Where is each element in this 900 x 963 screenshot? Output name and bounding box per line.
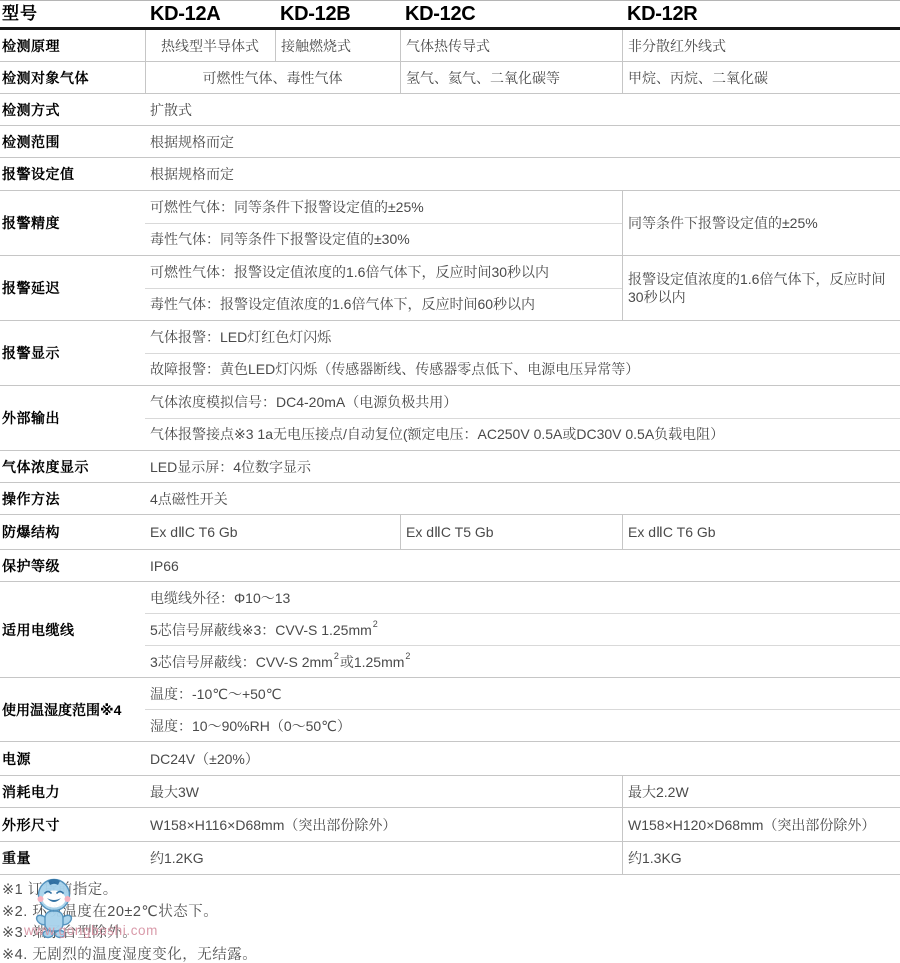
row-concentration-display: 气体浓度显示 LED显示屏：4位数字显示 bbox=[0, 450, 900, 482]
row-external-output: 外部输出 气体浓度模拟信号：DC4-20mA（电源负极共用） 气体报警接点※3 … bbox=[0, 385, 900, 450]
row-label: 报警显示 bbox=[0, 321, 145, 385]
watermark-url: www.gongboshi.com bbox=[24, 923, 158, 938]
cell-principle-kd12b: 接触燃烧式 bbox=[275, 30, 400, 61]
cell-accuracy-kd12r: 同等条件下报警设定值的±25% bbox=[622, 191, 900, 255]
cell-delay-toxic: 毒性气体：报警设定值浓度的1.6倍气体下，反应时间60秒以内 bbox=[145, 288, 622, 321]
cell-dimensions-kd12r: W158×H120×D68mm（突出部份除外） bbox=[622, 808, 900, 841]
cell-output-analog: 气体浓度模拟信号：DC4-20mA（电源负极共用） bbox=[145, 386, 900, 418]
row-alarm-delay: 报警延迟 可燃性气体：报警设定值浓度的1.6倍气体下，反应时间30秒以内 毒性气… bbox=[0, 255, 900, 320]
cell-alarm-display-fault: 故障报警：黄色LED灯闪烁（传感器断线、传感器零点低下、电源电压异常等） bbox=[145, 353, 900, 386]
row-protection-class: 保护等级 IP66 bbox=[0, 549, 900, 581]
spec-table: 型号 KD-12A KD-12B KD-12C KD-12R 检测原理 热线型半… bbox=[0, 0, 900, 875]
row-operation-method: 操作方法 4点磁性开关 bbox=[0, 482, 900, 514]
superscript: 2 bbox=[405, 647, 410, 665]
row-detection-principle: 检测原理 热线型半导体式 接触燃烧式 气体热传导式 非分散红外线式 bbox=[0, 30, 900, 61]
row-label: 操作方法 bbox=[0, 483, 145, 514]
row-detection-range: 检测范围 根据规格而定 bbox=[0, 125, 900, 157]
row-label: 报警设定值 bbox=[0, 158, 145, 190]
header-model-kd12c: KD-12C bbox=[400, 1, 622, 27]
cell-external-output: 气体浓度模拟信号：DC4-20mA（电源负极共用） 气体报警接点※3 1a无电压… bbox=[145, 386, 900, 450]
cell-temperature: 温度：-10℃～+50℃ bbox=[145, 678, 900, 709]
row-label: 气体浓度显示 bbox=[0, 451, 145, 482]
cell-consumption-kd12r: 最大2.2W bbox=[622, 776, 900, 807]
header-model-label: 型号 bbox=[0, 1, 145, 27]
superscript: 2 bbox=[373, 615, 378, 633]
cell-explosion-kd12ab: Ex dⅡC T6 Gb bbox=[145, 515, 400, 549]
header-model-kd12a: KD-12A bbox=[145, 1, 275, 27]
header-model-kd12r: KD-12R bbox=[622, 1, 900, 27]
row-label: 防爆结构 bbox=[0, 515, 145, 549]
cell-weight-abc: 约1.2KG bbox=[145, 842, 622, 874]
row-dimensions: 外形尺寸 W158×H116×D68mm（突出部份除外） W158×H120×D… bbox=[0, 807, 900, 841]
superscript: 2 bbox=[334, 647, 339, 665]
row-label: 消耗电力 bbox=[0, 776, 145, 807]
row-label: 外部输出 bbox=[0, 386, 145, 450]
cell-operation-method: 4点磁性开关 bbox=[145, 483, 900, 514]
row-label: 外形尺寸 bbox=[0, 808, 145, 841]
cell-delay-abc: 可燃性气体：报警设定值浓度的1.6倍气体下，反应时间30秒以内 毒性气体：报警设… bbox=[145, 256, 622, 320]
row-temp-humidity: 使用温湿度范围※4 温度：-10℃～+50℃ 湿度：10～90%RH（0～50℃… bbox=[0, 677, 900, 741]
cell-accuracy-toxic: 毒性气体：同等条件下报警设定值的±30% bbox=[145, 223, 622, 256]
row-label: 保护等级 bbox=[0, 550, 145, 581]
cell-delay-flammable: 可燃性气体：报警设定值浓度的1.6倍气体下，反应时间30秒以内 bbox=[145, 256, 622, 288]
row-weight: 重量 约1.2KG 约1.3KG bbox=[0, 841, 900, 875]
cell-weight-kd12r: 约1.3KG bbox=[622, 842, 900, 874]
cell-output-contact: 气体报警接点※3 1a无电压接点/自动复位(额定电压：AC250V 0.5A或D… bbox=[145, 418, 900, 451]
row-explosion-proof: 防爆结构 Ex dⅡC T6 Gb Ex dⅡC T5 Gb Ex dⅡC T6… bbox=[0, 514, 900, 549]
cell-consumption-abc: 最大3W bbox=[145, 776, 622, 807]
cell-accuracy-abc: 可燃性气体：同等条件下报警设定值的±25% 毒性气体：同等条件下报警设定值的±3… bbox=[145, 191, 622, 255]
cell-detection-method: 扩散式 bbox=[145, 94, 900, 125]
cell-power-supply: DC24V（±20%） bbox=[145, 742, 900, 775]
row-alarm-setpoint: 报警设定值 根据规格而定 bbox=[0, 157, 900, 190]
cell-cable-five-core: 5芯信号屏蔽线※3：CVV-S 1.25mm2 bbox=[145, 613, 900, 645]
cell-principle-kd12a: 热线型半导体式 bbox=[145, 30, 275, 61]
row-label: 检测对象气体 bbox=[0, 62, 145, 93]
cable-three-core-text2: 或1.25mm bbox=[340, 653, 405, 671]
cell-accuracy-flammable: 可燃性气体：同等条件下报警设定值的±25% bbox=[145, 191, 622, 223]
cell-protection-class: IP66 bbox=[145, 550, 900, 581]
cell-target-gas-kd12r: 甲烷、丙烷、二氧化碳 bbox=[622, 62, 900, 93]
spec-sheet: 型号 KD-12A KD-12B KD-12C KD-12R 检测原理 热线型半… bbox=[0, 0, 900, 963]
row-label: 检测方式 bbox=[0, 94, 145, 125]
cell-alarm-setpoint: 根据规格而定 bbox=[145, 158, 900, 190]
cell-cable-od: 电缆线外径：Φ10～13 bbox=[145, 582, 900, 613]
row-label: 报警精度 bbox=[0, 191, 145, 255]
row-label: 使用温湿度范围※4 bbox=[0, 678, 145, 741]
row-power-supply: 电源 DC24V（±20%） bbox=[0, 741, 900, 775]
cell-cable-three-core: 3芯信号屏蔽线：CVV-S 2mm2或1.25mm2 bbox=[145, 645, 900, 677]
cell-principle-kd12r: 非分散红外线式 bbox=[622, 30, 900, 61]
cell-cable: 电缆线外径：Φ10～13 5芯信号屏蔽线※3：CVV-S 1.25mm2 3芯信… bbox=[145, 582, 900, 677]
table-header-row: 型号 KD-12A KD-12B KD-12C KD-12R bbox=[0, 0, 900, 30]
cell-explosion-kd12r: Ex dⅡC T6 Gb bbox=[622, 515, 900, 549]
header-model-kd12b: KD-12B bbox=[275, 1, 400, 27]
row-label: 检测范围 bbox=[0, 126, 145, 157]
row-label: 电源 bbox=[0, 742, 145, 775]
cell-target-gas-kd12c: 氢气、氦气、二氧化碳等 bbox=[400, 62, 622, 93]
row-power-consumption: 消耗电力 最大3W 最大2.2W bbox=[0, 775, 900, 807]
row-alarm-display: 报警显示 气体报警：LED灯红色灯闪烁 故障报警：黄色LED灯闪烁（传感器断线、… bbox=[0, 320, 900, 385]
row-label: 检测原理 bbox=[0, 30, 145, 61]
cell-humidity: 湿度：10～90%RH（0～50℃） bbox=[145, 709, 900, 741]
cell-alarm-display: 气体报警：LED灯红色灯闪烁 故障报警：黄色LED灯闪烁（传感器断线、传感器零点… bbox=[145, 321, 900, 385]
row-label: 重量 bbox=[0, 842, 145, 874]
cell-delay-kd12r: 报警设定值浓度的1.6倍气体下，反应时间30秒以内 bbox=[622, 256, 900, 320]
cell-alarm-display-gas: 气体报警：LED灯红色灯闪烁 bbox=[145, 321, 900, 353]
cell-temp-humidity: 温度：-10℃～+50℃ 湿度：10～90%RH（0～50℃） bbox=[145, 678, 900, 741]
row-target-gas: 检测对象气体 可燃性气体、毒性气体 氢气、氦气、二氧化碳等 甲烷、丙烷、二氧化碳 bbox=[0, 61, 900, 93]
row-alarm-accuracy: 报警精度 可燃性气体：同等条件下报警设定值的±25% 毒性气体：同等条件下报警设… bbox=[0, 190, 900, 255]
row-detection-method: 检测方式 扩散式 bbox=[0, 93, 900, 125]
cable-five-core-text: 5芯信号屏蔽线※3：CVV-S 1.25mm bbox=[150, 621, 372, 639]
cell-explosion-kd12c: Ex dⅡC T5 Gb bbox=[400, 515, 622, 549]
row-label: 报警延迟 bbox=[0, 256, 145, 320]
cell-concentration-display: LED显示屏：4位数字显示 bbox=[145, 451, 900, 482]
row-label: 适用电缆线 bbox=[0, 582, 145, 677]
cell-detection-range: 根据规格而定 bbox=[145, 126, 900, 157]
row-cable: 适用电缆线 电缆线外径：Φ10～13 5芯信号屏蔽线※3：CVV-S 1.25m… bbox=[0, 581, 900, 677]
cable-three-core-text: 3芯信号屏蔽线：CVV-S 2mm bbox=[150, 653, 333, 671]
cell-target-gas-kd12ab: 可燃性气体、毒性气体 bbox=[145, 62, 400, 93]
cell-dimensions-abc: W158×H116×D68mm（突出部份除外） bbox=[145, 808, 622, 841]
watermark: www.gongboshi.com bbox=[22, 876, 237, 958]
cell-principle-kd12c: 气体热传导式 bbox=[400, 30, 622, 61]
